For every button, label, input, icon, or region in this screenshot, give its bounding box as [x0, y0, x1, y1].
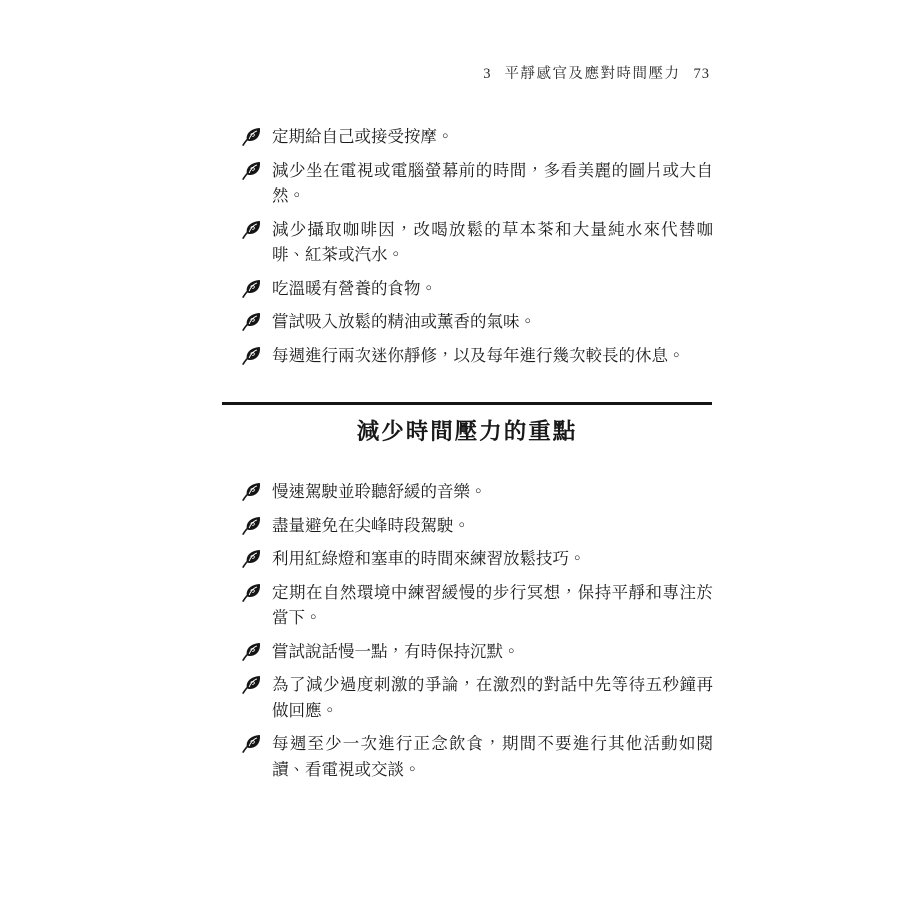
list-item: 定期給自己或接受按摩。 — [242, 124, 716, 150]
list-item: 減少攝取咖啡因，改喝放鬆的草本茶和大量純水來代替咖啡、紅茶或汽水。 — [242, 217, 716, 268]
list-item-text: 吃溫暖有營養的食物。 — [272, 276, 713, 302]
page-content: 定期給自己或接受按摩。 減少坐在電視或電腦螢幕前的時間，多看美麗的圖片或大自然。… — [242, 124, 716, 790]
list-item: 嘗試吸入放鬆的精油或薰香的氣味。 — [242, 309, 716, 335]
section-head: 減少時間壓力的重點 — [222, 402, 712, 446]
list-item: 每週至少一次進行正念飲食，期間不要進行其他活動如閱讀、看電視或交談。 — [242, 731, 716, 782]
list-item-text: 定期在自然環境中練習緩慢的步行冥想，保持平靜和專注於當下。 — [272, 580, 713, 631]
leaf-icon — [242, 279, 261, 298]
tips-list-2: 慢速駕駛並聆聽舒緩的音樂。 盡量避免在尖峰時段駕駛。 利用紅綠燈和塞車的時間來練… — [242, 479, 716, 782]
list-item: 慢速駕駛並聆聽舒緩的音樂。 — [242, 479, 716, 505]
list-item-text: 每週至少一次進行正念飲食，期間不要進行其他活動如閱讀、看電視或交談。 — [272, 731, 713, 782]
list-item-text: 嘗試吸入放鬆的精油或薰香的氣味。 — [272, 309, 713, 335]
list-item-text: 定期給自己或接受按摩。 — [272, 124, 713, 150]
list-item: 每週進行兩次迷你靜修，以及每年進行幾次較長的休息。 — [242, 343, 716, 369]
running-head: 3平靜感官及應對時間壓力73 — [483, 62, 710, 83]
list-item: 減少坐在電視或電腦螢幕前的時間，多看美麗的圖片或大自然。 — [242, 158, 716, 209]
chapter-number: 3 — [483, 66, 491, 82]
page-number: 73 — [694, 66, 711, 82]
leaf-icon — [242, 642, 261, 661]
list-item-text: 利用紅綠燈和塞車的時間來練習放鬆技巧。 — [272, 546, 713, 572]
list-item-text: 慢速駕駛並聆聽舒緩的音樂。 — [272, 479, 713, 505]
list-item: 吃溫暖有營養的食物。 — [242, 276, 716, 302]
leaf-icon — [242, 482, 261, 501]
list-item-text: 減少攝取咖啡因，改喝放鬆的草本茶和大量純水來代替咖啡、紅茶或汽水。 — [272, 217, 713, 268]
book-page: 3平靜感官及應對時間壓力73 定期給自己或接受按摩。 減少坐在電視或電腦螢幕前的… — [0, 0, 900, 900]
list-item: 盡量避免在尖峰時段駕駛。 — [242, 513, 716, 539]
leaf-icon — [242, 220, 261, 239]
list-item: 利用紅綠燈和塞車的時間來練習放鬆技巧。 — [242, 546, 716, 572]
leaf-icon — [242, 161, 261, 180]
leaf-icon — [242, 734, 261, 753]
leaf-icon — [242, 549, 261, 568]
chapter-title: 平靜感官及應對時間壓力 — [505, 66, 681, 82]
list-item-text: 每週進行兩次迷你靜修，以及每年進行幾次較長的休息。 — [272, 343, 713, 369]
list-item: 定期在自然環境中練習緩慢的步行冥想，保持平靜和專注於當下。 — [242, 580, 716, 631]
leaf-icon — [242, 127, 261, 146]
leaf-icon — [242, 346, 261, 365]
list-item-text: 為了減少過度刺激的爭論，在激烈的對話中先等待五秒鐘再做回應。 — [272, 672, 713, 723]
leaf-icon — [242, 516, 261, 535]
leaf-icon — [242, 583, 261, 602]
list-item-text: 盡量避免在尖峰時段駕駛。 — [272, 513, 713, 539]
leaf-icon — [242, 312, 261, 331]
list-item: 為了減少過度刺激的爭論，在激烈的對話中先等待五秒鐘再做回應。 — [242, 672, 716, 723]
section-title: 減少時間壓力的重點 — [222, 405, 712, 446]
tips-list-1: 定期給自己或接受按摩。 減少坐在電視或電腦螢幕前的時間，多看美麗的圖片或大自然。… — [242, 124, 716, 368]
list-item: 嘗試說話慢一點，有時保持沉默。 — [242, 639, 716, 665]
list-item-text: 嘗試說話慢一點，有時保持沉默。 — [272, 639, 713, 665]
list-item-text: 減少坐在電視或電腦螢幕前的時間，多看美麗的圖片或大自然。 — [272, 158, 713, 209]
leaf-icon — [242, 675, 261, 694]
